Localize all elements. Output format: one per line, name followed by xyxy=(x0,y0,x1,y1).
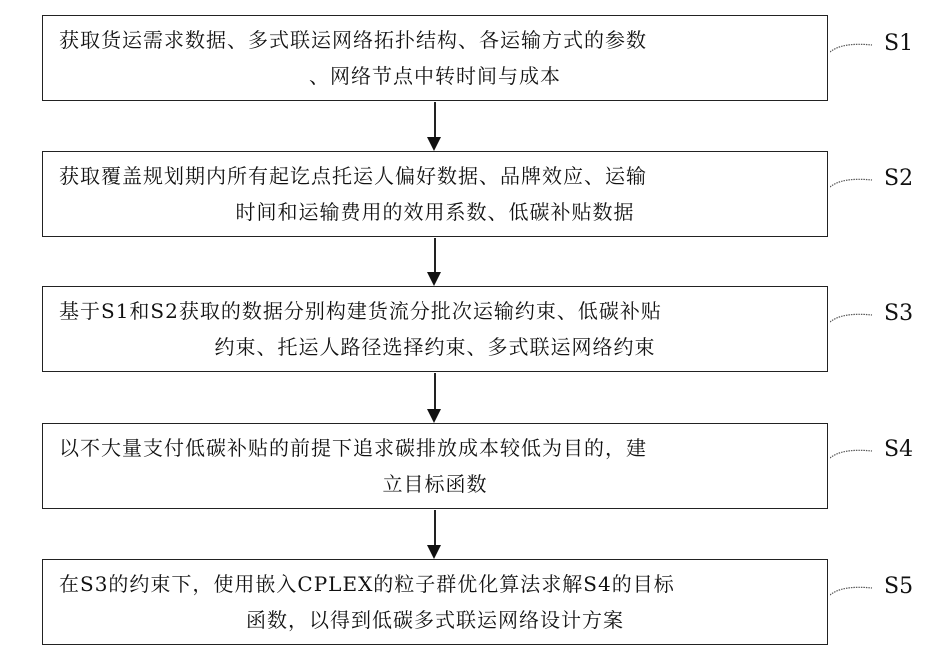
step-label-s5: S5 xyxy=(884,574,913,600)
step-s4-line1: 以不大量支付低碳补贴的前提下追求碳排放成本较低为目的，建 xyxy=(55,430,815,466)
step-label-s4: S4 xyxy=(884,437,913,463)
arrow-head-icon xyxy=(427,272,441,286)
leader-line-s3 xyxy=(830,310,880,330)
step-box-s5: 在S3的约束下，使用嵌入CPLEX的粒子群优化算法求解S4的目标 函数，以得到低… xyxy=(42,559,828,645)
step-text-s1: 获取货运需求数据、多式联运网络拓扑结构、各运输方式的参数 、网络节点中转时间与成… xyxy=(55,22,815,94)
leader-line-s1 xyxy=(830,40,880,60)
leader-line-s4 xyxy=(830,446,880,466)
step-label-s1: S1 xyxy=(884,31,913,57)
step-s1-line2: 、网络节点中转时间与成本 xyxy=(55,58,815,94)
step-text-s2: 获取覆盖规划期内所有起讫点托运人偏好数据、品牌效应、运输 时间和运输费用的效用系… xyxy=(55,158,815,230)
arrow-head-icon xyxy=(427,137,441,151)
arrow-s1-to-s2 xyxy=(433,102,437,151)
step-box-s3: 基于S1和S2获取的数据分别构建货流分批次运输约束、低碳补贴 约束、托运人路径选… xyxy=(42,286,828,372)
step-box-s1: 获取货运需求数据、多式联运网络拓扑结构、各运输方式的参数 、网络节点中转时间与成… xyxy=(42,15,828,101)
step-s4-line2: 立目标函数 xyxy=(55,466,815,502)
arrow-head-icon xyxy=(427,409,441,423)
arrow-head-icon xyxy=(427,545,441,559)
arrow-s4-to-s5 xyxy=(433,510,437,559)
step-s3-line2: 约束、托运人路径选择约束、多式联运网络约束 xyxy=(55,329,815,365)
step-s5-line1: 在S3的约束下，使用嵌入CPLEX的粒子群优化算法求解S4的目标 xyxy=(55,566,815,602)
step-box-s2: 获取覆盖规划期内所有起讫点托运人偏好数据、品牌效应、运输 时间和运输费用的效用系… xyxy=(42,151,828,237)
arrow-s2-to-s3 xyxy=(433,238,437,286)
arrow-s3-to-s4 xyxy=(433,373,437,423)
step-s5-line2: 函数，以得到低碳多式联运网络设计方案 xyxy=(55,602,815,638)
leader-line-s2 xyxy=(830,175,880,195)
arrow-shaft xyxy=(434,510,436,546)
step-box-s4: 以不大量支付低碳补贴的前提下追求碳排放成本较低为目的，建 立目标函数 xyxy=(42,423,828,509)
step-s2-line2: 时间和运输费用的效用系数、低碳补贴数据 xyxy=(55,194,815,230)
leader-line-s5 xyxy=(830,583,880,603)
arrow-shaft xyxy=(434,373,436,410)
step-label-s2: S2 xyxy=(884,166,913,192)
step-text-s5: 在S3的约束下，使用嵌入CPLEX的粒子群优化算法求解S4的目标 函数，以得到低… xyxy=(55,566,815,638)
step-s3-line1: 基于S1和S2获取的数据分别构建货流分批次运输约束、低碳补贴 xyxy=(55,293,815,329)
step-s2-line1: 获取覆盖规划期内所有起讫点托运人偏好数据、品牌效应、运输 xyxy=(55,158,815,194)
arrow-shaft xyxy=(434,238,436,273)
step-text-s4: 以不大量支付低碳补贴的前提下追求碳排放成本较低为目的，建 立目标函数 xyxy=(55,430,815,502)
arrow-shaft xyxy=(434,102,436,138)
step-text-s3: 基于S1和S2获取的数据分别构建货流分批次运输约束、低碳补贴 约束、托运人路径选… xyxy=(55,293,815,365)
step-label-s3: S3 xyxy=(884,301,913,327)
step-s1-line1: 获取货运需求数据、多式联运网络拓扑结构、各运输方式的参数 xyxy=(55,22,815,58)
